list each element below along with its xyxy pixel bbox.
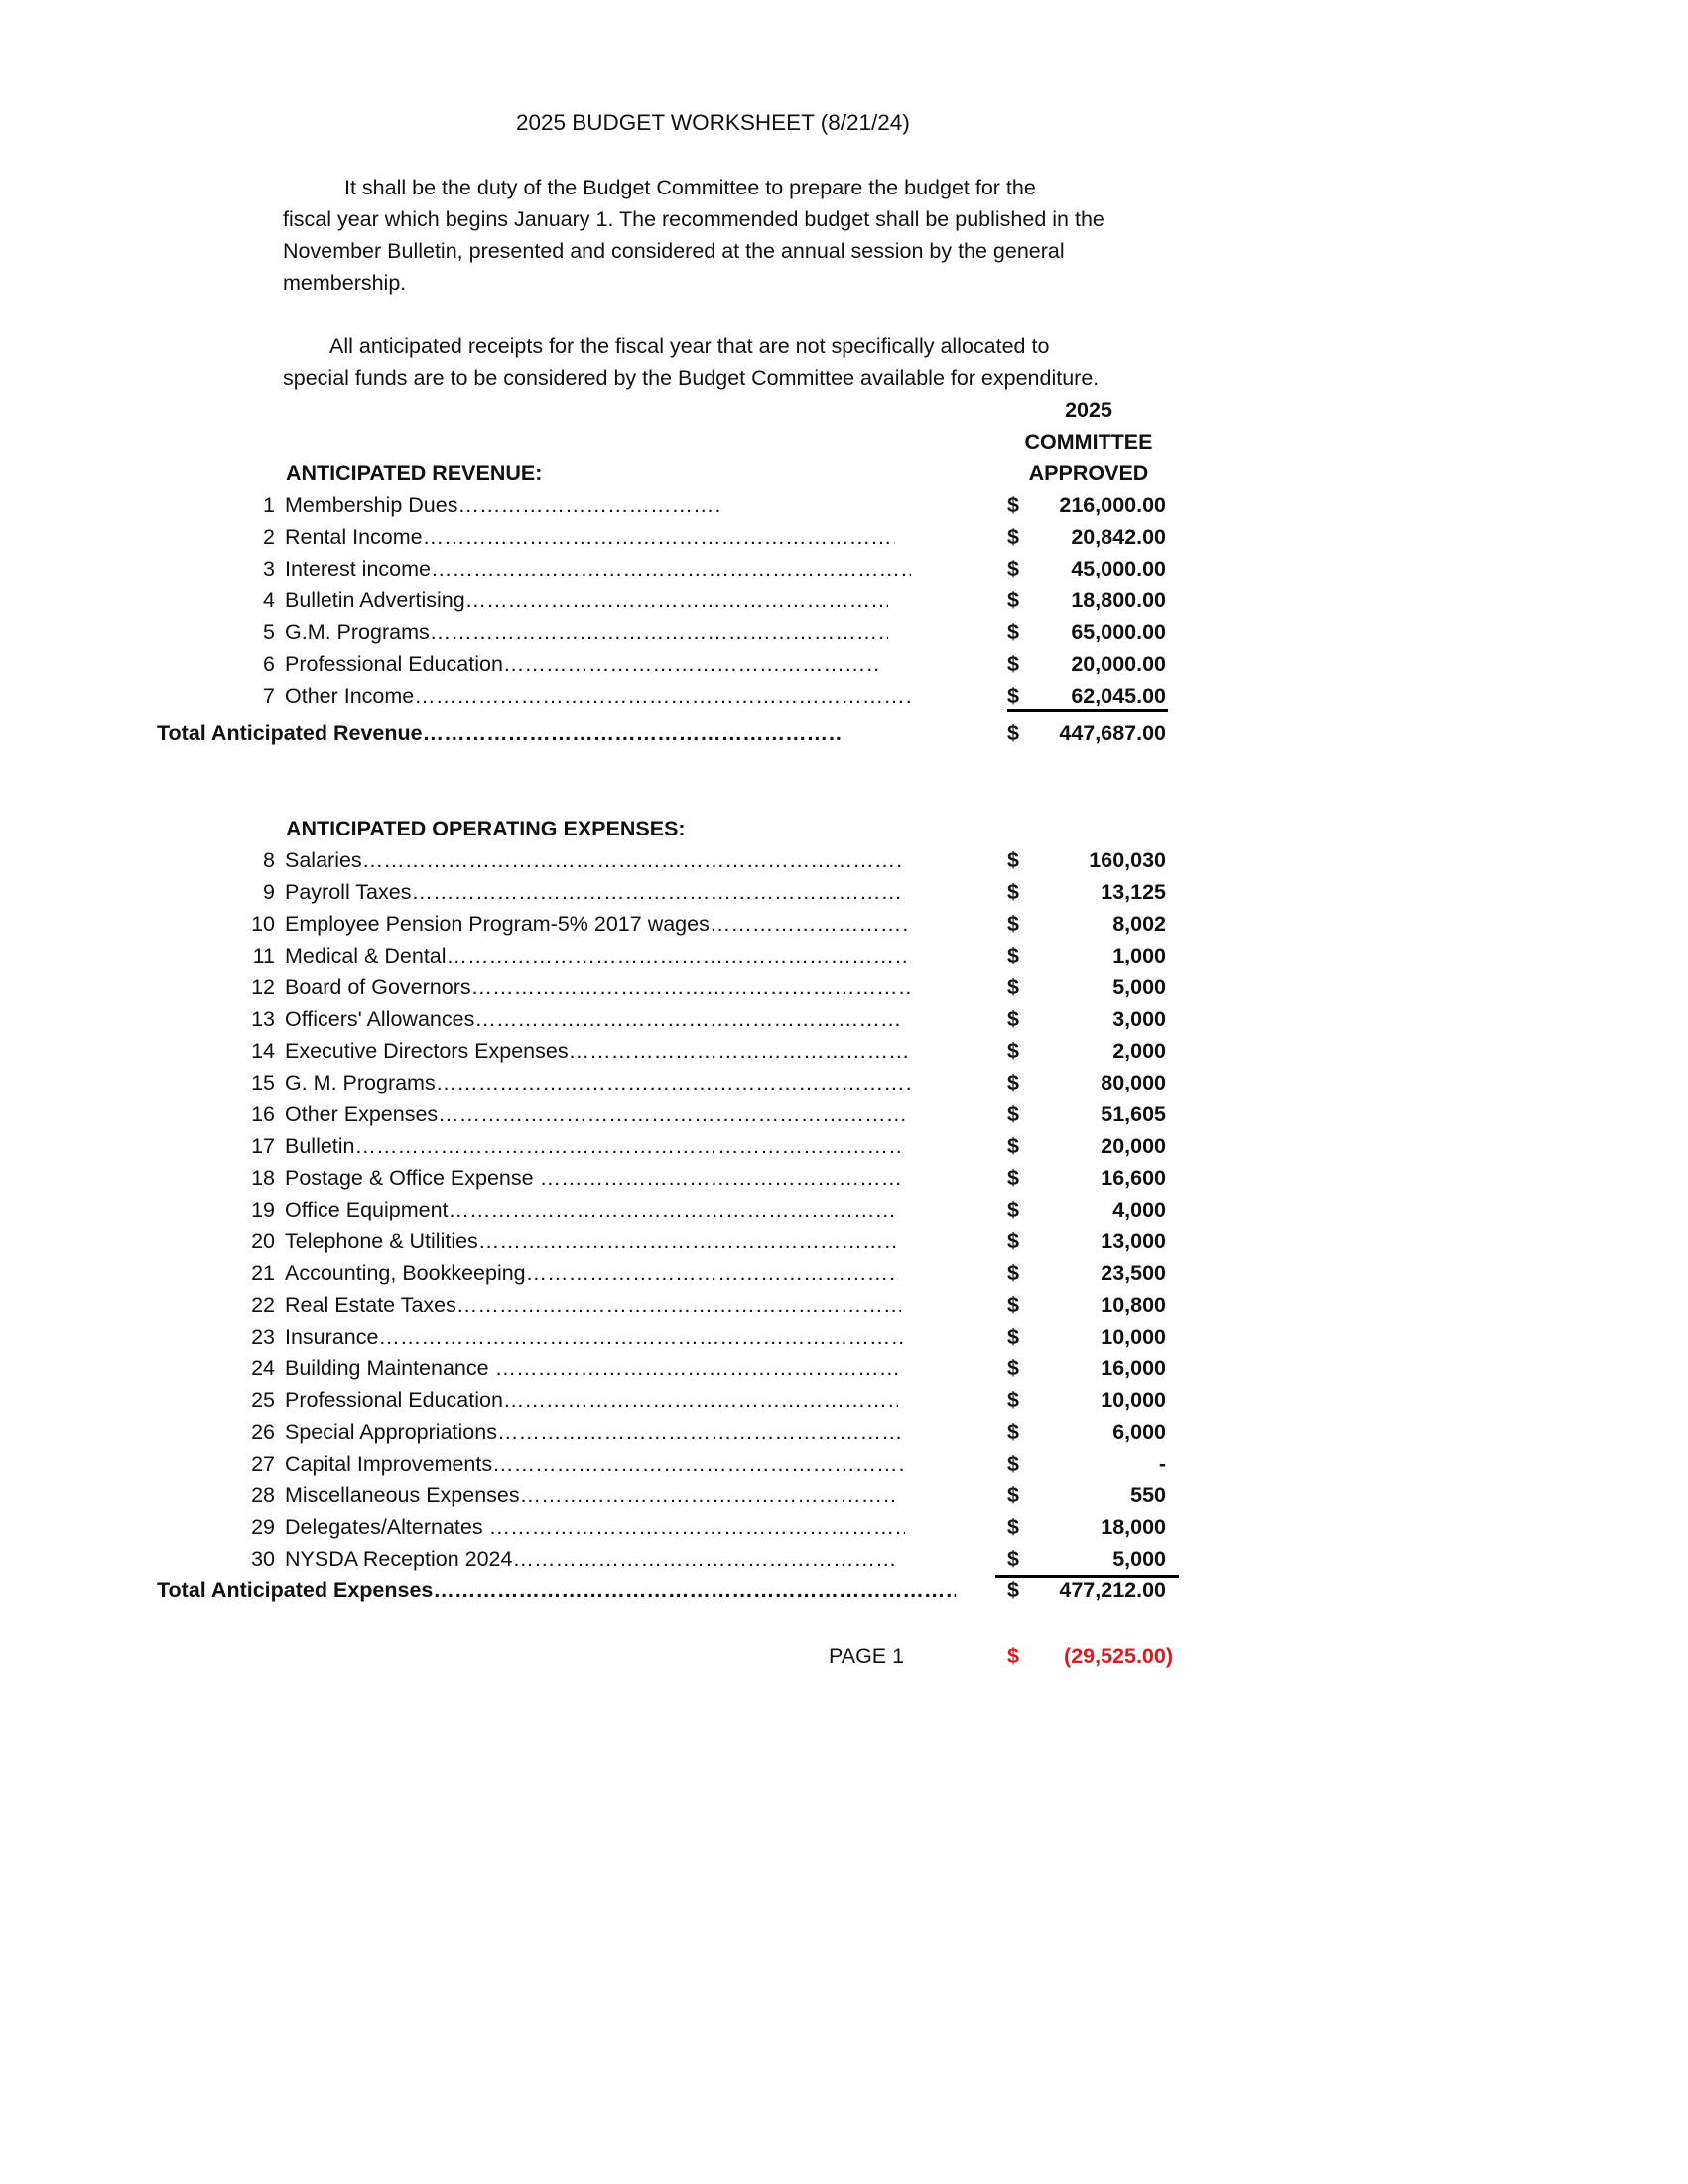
line-number: 30 bbox=[251, 1543, 275, 1575]
line-label: Salaries……………………………………………………………………………………… bbox=[285, 844, 905, 876]
table-row: 5G.M. Programs……………………………………………………………………… bbox=[0, 616, 1688, 648]
revenue-heading: ANTICIPATED REVENUE: bbox=[286, 457, 542, 489]
leader-dots: …………………………………………………………………………………………………………… bbox=[495, 1356, 901, 1380]
currency-symbol: $ bbox=[1007, 1067, 1019, 1098]
line-label: Bulletin……………………………………………………………………………………… bbox=[285, 1130, 903, 1162]
table-row: 24Building Maintenance ……………………………………………… bbox=[0, 1352, 1688, 1384]
line-label: Building Maintenance …………………………………………………… bbox=[285, 1352, 901, 1384]
line-label: NYSDA Reception 2024……………………………………………………… bbox=[285, 1543, 898, 1575]
currency-symbol: $ bbox=[1007, 1479, 1019, 1511]
table-row: 26Special Appropriations…………………………………………… bbox=[0, 1416, 1688, 1448]
currency-symbol: $ bbox=[1007, 844, 1019, 876]
leader-dots: …………………………………………………………………………………………………………… bbox=[378, 1325, 905, 1349]
currency-symbol: $ bbox=[1007, 876, 1019, 908]
table-row: 15G. M. Programs………………………………………………………………… bbox=[0, 1067, 1688, 1098]
net-currency-symbol: $ bbox=[1007, 1640, 1019, 1672]
line-number: 23 bbox=[251, 1321, 275, 1352]
line-value: 160,030 bbox=[1089, 844, 1166, 876]
expenses-total-label: Total Anticipated Expenses……………………………………… bbox=[157, 1574, 956, 1606]
currency-symbol: $ bbox=[1007, 1225, 1019, 1257]
line-value: 5,000 bbox=[1112, 971, 1166, 1003]
line-number: 7 bbox=[263, 680, 275, 711]
line-number: 28 bbox=[251, 1479, 275, 1511]
table-row: 2Rental Income……………………………………………………………………… bbox=[0, 521, 1688, 553]
leader-dots: …………………………………………………………………………………………………………… bbox=[492, 1452, 905, 1476]
leader-dots: …………………………………………………………………………………………………………… bbox=[520, 1483, 898, 1507]
line-label: Other Income…………………………………………………………………………… bbox=[285, 680, 911, 711]
currency-symbol: $ bbox=[1007, 1384, 1019, 1416]
line-value: 13,000 bbox=[1101, 1225, 1166, 1257]
leader-dots: …………………………………………………………………………………………………………… bbox=[362, 848, 905, 872]
leader-dots: …………………………………………………………………………………………………………… bbox=[478, 1229, 898, 1253]
page-number: PAGE 1 bbox=[829, 1640, 904, 1672]
line-value: 20,000.00 bbox=[1071, 648, 1166, 680]
intro-line: All anticipated receipts for the fiscal … bbox=[283, 330, 1235, 362]
line-label: Delegates/Alternates …………………………………………………… bbox=[285, 1511, 905, 1543]
expenses-total-value: 477,212.00 bbox=[1059, 1574, 1166, 1606]
leader-dots: …………………………………………………………………………………………………………… bbox=[411, 880, 905, 904]
revenue-total-row: Total Anticipated Revenue………………………………………… bbox=[0, 717, 1688, 749]
currency-symbol: $ bbox=[1007, 1416, 1019, 1448]
line-number: 16 bbox=[251, 1098, 275, 1130]
line-number: 20 bbox=[251, 1225, 275, 1257]
document-title: 2025 BUDGET WORKSHEET (8/21/24) bbox=[516, 107, 910, 139]
line-value: 6,000 bbox=[1112, 1416, 1166, 1448]
line-number: 22 bbox=[251, 1289, 275, 1321]
intro-line: fiscal year which begins January 1. The … bbox=[283, 203, 1235, 235]
leader-dots: …………………………………………………………………………………………………………… bbox=[526, 1261, 898, 1285]
table-row: 14Executive Directors Expenses…………………………… bbox=[0, 1035, 1688, 1067]
table-row: 19Office Equipment…………………………………………………………… bbox=[0, 1194, 1688, 1225]
expenses-heading: ANTICIPATED OPERATING EXPENSES: bbox=[286, 813, 686, 844]
leader-dots: …………………………………………………………………………………………………………… bbox=[355, 1134, 903, 1158]
currency-symbol: $ bbox=[1007, 1289, 1019, 1321]
table-row: 22Real Estate Taxes………………………………………………………… bbox=[0, 1289, 1688, 1321]
currency-symbol: $ bbox=[1007, 1003, 1019, 1035]
line-value: 5,000 bbox=[1112, 1543, 1166, 1575]
table-row: 27Capital Improvements………………………………………………… bbox=[0, 1448, 1688, 1479]
leader-dots: …………………………………………………………………………………………………………… bbox=[457, 493, 719, 517]
line-value: 3,000 bbox=[1112, 1003, 1166, 1035]
line-label: Telephone & Utilities…………………………………………………… bbox=[285, 1225, 898, 1257]
currency-symbol: $ bbox=[1007, 717, 1019, 749]
line-number: 25 bbox=[251, 1384, 275, 1416]
table-row: 23Insurance……………………………………………………………………………… bbox=[0, 1321, 1688, 1352]
table-row: 9Payroll Taxes……………………………………………………………………… bbox=[0, 876, 1688, 908]
leader-dots: …………………………………………………………………………………………………………… bbox=[710, 912, 908, 936]
leader-dots: …………………………………………………………………………………………………………… bbox=[512, 1547, 898, 1571]
currency-symbol: $ bbox=[1007, 1162, 1019, 1194]
currency-symbol: $ bbox=[1007, 1130, 1019, 1162]
line-label: Rental Income………………………………………………………………………… bbox=[285, 521, 895, 553]
line-number: 8 bbox=[263, 844, 275, 876]
column-header: 2025 COMMITTEE APPROVED bbox=[1009, 394, 1168, 489]
currency-symbol: $ bbox=[1007, 940, 1019, 971]
line-value: 10,800 bbox=[1101, 1289, 1166, 1321]
table-row: 28Miscellaneous Expenses…………………………………………… bbox=[0, 1479, 1688, 1511]
line-label: Bulletin Advertising……………………………………………………… bbox=[285, 584, 888, 616]
table-row: 30NYSDA Reception 2024………………………………………………… bbox=[0, 1543, 1688, 1575]
table-row: 12Board of Governors……………………………………………………… bbox=[0, 971, 1688, 1003]
line-label: Accounting, Bookkeeping……………………………………………… bbox=[285, 1257, 898, 1289]
line-number: 11 bbox=[253, 940, 275, 971]
line-value: 18,800.00 bbox=[1071, 584, 1166, 616]
currency-symbol: $ bbox=[1007, 1098, 1019, 1130]
line-label: Officers' Allowances……………………………………………………… bbox=[285, 1003, 903, 1035]
line-number: 4 bbox=[263, 584, 275, 616]
currency-symbol: $ bbox=[1007, 1321, 1019, 1352]
revenue-subtotal-rule bbox=[1007, 709, 1168, 712]
line-value: - bbox=[1159, 1448, 1166, 1479]
intro-line: November Bulletin, presented and conside… bbox=[283, 235, 1235, 267]
table-row: 29Delegates/Alternates ……………………………………………… bbox=[0, 1511, 1688, 1543]
line-label: Miscellaneous Expenses………………………………………………… bbox=[285, 1479, 898, 1511]
currency-symbol: $ bbox=[1007, 489, 1019, 521]
currency-symbol: $ bbox=[1007, 1511, 1019, 1543]
line-value: 80,000 bbox=[1101, 1067, 1166, 1098]
line-value: 62,045.00 bbox=[1071, 680, 1166, 711]
line-label: Employee Pension Program-5% 2017 wages……… bbox=[285, 908, 908, 940]
line-label: Board of Governors…………………………………………………………… bbox=[285, 971, 911, 1003]
line-label: Interest income…………………………………………………………………… bbox=[285, 553, 911, 584]
line-number: 2 bbox=[263, 521, 275, 553]
line-value: 20,000 bbox=[1101, 1130, 1166, 1162]
line-label: Payroll Taxes………………………………………………………………………… bbox=[285, 876, 905, 908]
currency-symbol: $ bbox=[1007, 971, 1019, 1003]
line-value: 20,842.00 bbox=[1071, 521, 1166, 553]
line-number: 17 bbox=[251, 1130, 275, 1162]
table-row: 8Salaries…………………………………………………………………………………… bbox=[0, 844, 1688, 876]
line-number: 29 bbox=[251, 1511, 275, 1543]
line-label: G. M. Programs……………………………………………………………………… bbox=[285, 1067, 911, 1098]
currency-symbol: $ bbox=[1007, 584, 1019, 616]
line-label: G.M. Programs………………………………………………………………………… bbox=[285, 616, 888, 648]
table-row: 10Employee Pension Program-5% 2017 wages… bbox=[0, 908, 1688, 940]
table-row: 21Accounting, Bookkeeping………………………………………… bbox=[0, 1257, 1688, 1289]
leader-dots: …………………………………………………………………………………………………………… bbox=[423, 525, 895, 549]
currency-symbol: $ bbox=[1007, 1574, 1019, 1606]
line-value: 18,000 bbox=[1101, 1511, 1166, 1543]
line-label: Special Appropriations………………………………………………… bbox=[285, 1416, 905, 1448]
line-value: 1,000 bbox=[1112, 940, 1166, 971]
line-value: 13,125 bbox=[1101, 876, 1166, 908]
line-value: 10,000 bbox=[1101, 1321, 1166, 1352]
footer-row: PAGE 1 $ (29,525.00) bbox=[0, 1640, 1688, 1672]
leader-dots: …………………………………………………………………………………………………………… bbox=[449, 1198, 899, 1221]
leader-dots: …………………………………………………………………………………………………………… bbox=[474, 1007, 903, 1031]
column-header-line3: APPROVED bbox=[1009, 457, 1168, 489]
leader-dots: …………………………………………………………………………………………………………… bbox=[433, 1578, 956, 1602]
line-label: Real Estate Taxes……………………………………………………………… bbox=[285, 1289, 901, 1321]
table-row: 1Membership Dues………………………………………………………………… bbox=[0, 489, 1688, 521]
line-number: 24 bbox=[251, 1352, 275, 1384]
line-number: 1 bbox=[263, 489, 275, 521]
line-label: Professional Education………………………………………………… bbox=[285, 648, 881, 680]
line-number: 5 bbox=[263, 616, 275, 648]
line-value: 10,000 bbox=[1101, 1384, 1166, 1416]
leader-dots: …………………………………………………………………………………………………………… bbox=[503, 652, 881, 676]
table-row: 18Postage & Office Expense …………………………………… bbox=[0, 1162, 1688, 1194]
intro-line: special funds are to be considered by th… bbox=[283, 362, 1235, 394]
currency-symbol: $ bbox=[1007, 1543, 1019, 1575]
line-value: 45,000.00 bbox=[1071, 553, 1166, 584]
line-number: 18 bbox=[251, 1162, 275, 1194]
net-balance-value: (29,525.00) bbox=[1064, 1640, 1173, 1672]
intro-line: membership. bbox=[283, 267, 1235, 299]
line-label: Executive Directors Expenses………………………………… bbox=[285, 1035, 910, 1067]
leader-dots: …………………………………………………………………………………………………………… bbox=[465, 588, 888, 612]
revenue-total-label: Total Anticipated Revenue………………………………………… bbox=[157, 717, 842, 749]
line-number: 27 bbox=[251, 1448, 275, 1479]
line-label: Postage & Office Expense ………………………………………… bbox=[285, 1162, 903, 1194]
line-value: 216,000.00 bbox=[1059, 489, 1166, 521]
currency-symbol: $ bbox=[1007, 616, 1019, 648]
line-label: Other Expenses……………………………………………………………………… bbox=[285, 1098, 908, 1130]
table-row: 11Medical & Dental…………………………………………………………… bbox=[0, 940, 1688, 971]
table-row: 17Bulletin………………………………………………………………………………… bbox=[0, 1130, 1688, 1162]
currency-symbol: $ bbox=[1007, 1448, 1019, 1479]
line-number: 13 bbox=[251, 1003, 275, 1035]
currency-symbol: $ bbox=[1007, 1035, 1019, 1067]
table-row: 6Professional Education……………………………………………… bbox=[0, 648, 1688, 680]
table-row: 25Professional Education…………………………………………… bbox=[0, 1384, 1688, 1416]
expenses-total-row: Total Anticipated Expenses……………………………………… bbox=[0, 1574, 1688, 1606]
leader-dots: …………………………………………………………………………………………………………… bbox=[540, 1166, 903, 1190]
line-number: 12 bbox=[251, 971, 275, 1003]
line-label: Insurance…………………………………………………………………………………… bbox=[285, 1321, 905, 1352]
intro-line: It shall be the duty of the Budget Commi… bbox=[283, 172, 1235, 203]
currency-symbol: $ bbox=[1007, 680, 1019, 711]
line-label: Membership Dues…………………………………………………………………… bbox=[285, 489, 719, 521]
leader-dots: …………………………………………………………………………………………………………… bbox=[503, 1388, 898, 1412]
line-number: 26 bbox=[251, 1416, 275, 1448]
currency-symbol: $ bbox=[1007, 553, 1019, 584]
leader-dots: …………………………………………………………………………………………………………… bbox=[471, 975, 911, 999]
line-number: 19 bbox=[251, 1194, 275, 1225]
line-value: 2,000 bbox=[1112, 1035, 1166, 1067]
leader-dots: …………………………………………………………………………………………………………… bbox=[489, 1515, 905, 1539]
line-value: 51,605 bbox=[1101, 1098, 1166, 1130]
line-label: Medical & Dental………………………………………………………………… bbox=[285, 940, 908, 971]
leader-dots: …………………………………………………………………………………………………………… bbox=[436, 1071, 911, 1094]
leader-dots: …………………………………………………………………………………………………………… bbox=[431, 557, 911, 580]
line-number: 3 bbox=[263, 553, 275, 584]
table-row: 13Officers' Allowances………………………………………………… bbox=[0, 1003, 1688, 1035]
line-label: Professional Education………………………………………………… bbox=[285, 1384, 898, 1416]
currency-symbol: $ bbox=[1007, 521, 1019, 553]
column-header-line2: COMMITTEE bbox=[1009, 426, 1168, 457]
currency-symbol: $ bbox=[1007, 908, 1019, 940]
currency-symbol: $ bbox=[1007, 1352, 1019, 1384]
currency-symbol: $ bbox=[1007, 1257, 1019, 1289]
line-label: Capital Improvements……………………………………………………… bbox=[285, 1448, 905, 1479]
leader-dots: …………………………………………………………………………………………………………… bbox=[430, 620, 888, 644]
line-number: 15 bbox=[251, 1067, 275, 1098]
table-row: 7Other Income………………………………………………………………………… bbox=[0, 680, 1688, 711]
leader-dots: …………………………………………………………………………………………………………… bbox=[497, 1420, 905, 1444]
line-number: 21 bbox=[251, 1257, 275, 1289]
line-value: 8,002 bbox=[1112, 908, 1166, 940]
line-value: 550 bbox=[1130, 1479, 1166, 1511]
revenue-total-value: 447,687.00 bbox=[1059, 717, 1166, 749]
line-value: 4,000 bbox=[1112, 1194, 1166, 1225]
line-value: 23,500 bbox=[1101, 1257, 1166, 1289]
line-value: 16,600 bbox=[1101, 1162, 1166, 1194]
leader-dots: …………………………………………………………………………………………………………… bbox=[423, 721, 842, 745]
line-number: 9 bbox=[263, 876, 275, 908]
line-number: 10 bbox=[251, 908, 275, 940]
intro-paragraph-1: It shall be the duty of the Budget Commi… bbox=[283, 172, 1235, 299]
table-row: 16Other Expenses………………………………………………………………… bbox=[0, 1098, 1688, 1130]
leader-dots: …………………………………………………………………………………………………………… bbox=[438, 1102, 908, 1126]
line-label: Office Equipment………………………………………………………………… bbox=[285, 1194, 899, 1225]
currency-symbol: $ bbox=[1007, 1194, 1019, 1225]
intro-paragraph-2: All anticipated receipts for the fiscal … bbox=[283, 330, 1235, 394]
currency-symbol: $ bbox=[1007, 648, 1019, 680]
leader-dots: …………………………………………………………………………………………………………… bbox=[456, 1293, 901, 1317]
leader-dots: …………………………………………………………………………………………………………… bbox=[414, 684, 911, 707]
table-row: 3Interest income………………………………………………………………… bbox=[0, 553, 1688, 584]
leader-dots: …………………………………………………………………………………………………………… bbox=[569, 1039, 910, 1063]
line-value: 65,000.00 bbox=[1071, 616, 1166, 648]
line-number: 14 bbox=[251, 1035, 275, 1067]
leader-dots: …………………………………………………………………………………………………………… bbox=[447, 944, 908, 967]
line-number: 6 bbox=[263, 648, 275, 680]
table-row: 20Telephone & Utilities……………………………………………… bbox=[0, 1225, 1688, 1257]
table-row: 4Bulletin Advertising…………………………………………………… bbox=[0, 584, 1688, 616]
column-header-year: 2025 bbox=[1009, 394, 1168, 426]
line-value: 16,000 bbox=[1101, 1352, 1166, 1384]
